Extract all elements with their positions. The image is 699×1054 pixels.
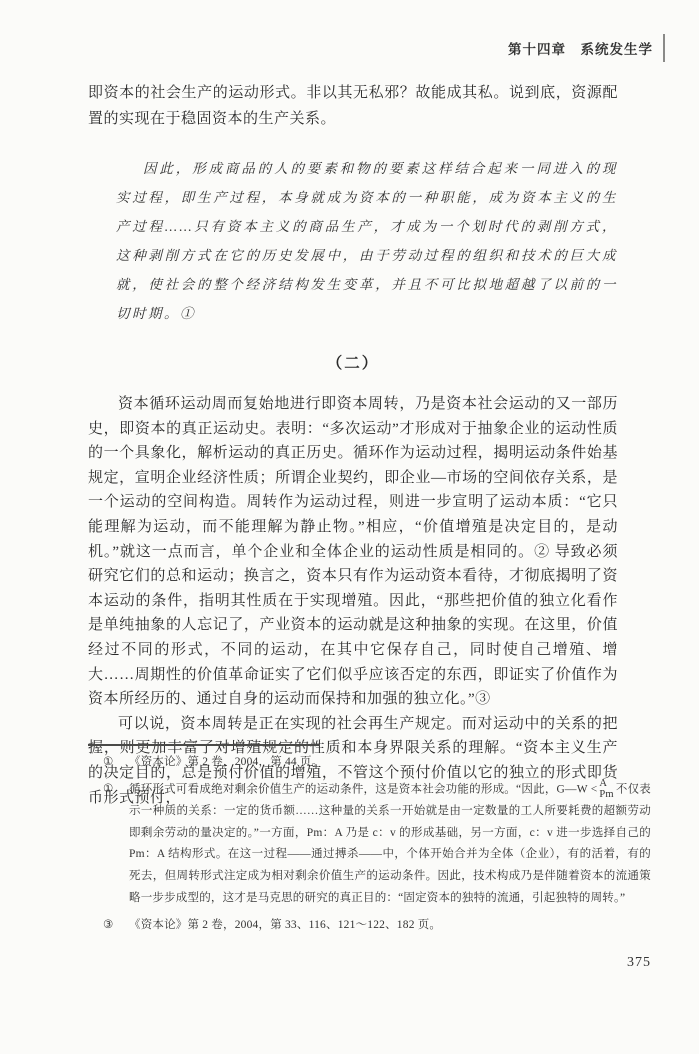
book-page: 第十四章 系统发生学 即资本的社会生产的运动形式。非以其无私邪？故能成其私。说到… xyxy=(0,0,699,1054)
footnote-marker: ① xyxy=(103,752,129,774)
footnote-divider xyxy=(88,744,320,746)
block-quote: 因此，形成商品的人的要素和物的要素这样结合起来一同进入的现实过程，即生产过程，本… xyxy=(116,154,618,328)
main-text-column: 即资本的社会生产的运动形式。非以其无私邪？故能成其私。说到底，资源配置的实现在于… xyxy=(88,80,618,810)
page-number: 375 xyxy=(627,955,651,971)
footnote-marker: ③ xyxy=(103,915,129,937)
footnote-item: ③ 《资本论》第 2 卷，2004，第 33、116、121～122、182 页… xyxy=(103,915,651,937)
formula-numerator: A xyxy=(599,778,607,789)
header-rule-line xyxy=(663,34,665,62)
capital-formula-fraction: APm xyxy=(599,778,613,800)
footnote-text-segment: 循环形式可看成绝对剩余价值生产的运动条件，这是资本社会功能的形成。“因此，G—W… xyxy=(129,783,597,795)
footnotes-block: ① 《资本论》第 2 卷，2004，第 44 页。 ① 循环形式可看成绝对剩余价… xyxy=(103,752,651,941)
footnote-text-segment: 不仅表示一种质的关系：一定的货币额……这种量的关系一开始就是由一定数量的工人所要… xyxy=(129,783,651,904)
paragraph-body: 资本循环运动周而复始地进行即资本周转，乃是资本社会运动的又一部历史，即资本的真正… xyxy=(88,392,618,712)
footnote-text: 《资本论》第 2 卷，2004，第 44 页。 xyxy=(129,752,651,774)
footnote-item: ① 循环形式可看成绝对剩余价值生产的运动条件，这是资本社会功能的形成。“因此，G… xyxy=(103,779,651,910)
footnote-item: ① 《资本论》第 2 卷，2004，第 44 页。 xyxy=(103,752,651,774)
chapter-title: 第十四章 系统发生学 xyxy=(508,38,653,58)
footnote-marker: ① xyxy=(103,779,129,910)
paragraph-continuation: 即资本的社会生产的运动形式。非以其无私邪？故能成其私。说到底，资源配置的实现在于… xyxy=(88,80,618,132)
footnote-text: 循环形式可看成绝对剩余价值生产的运动条件，这是资本社会功能的形成。“因此，G—W… xyxy=(129,779,651,910)
running-header: 第十四章 系统发生学 xyxy=(508,34,665,62)
formula-denominator: Pm xyxy=(599,789,613,800)
footnote-text: 《资本论》第 2 卷，2004，第 33、116、121～122、182 页。 xyxy=(129,915,651,937)
section-heading: （二） xyxy=(88,351,618,373)
